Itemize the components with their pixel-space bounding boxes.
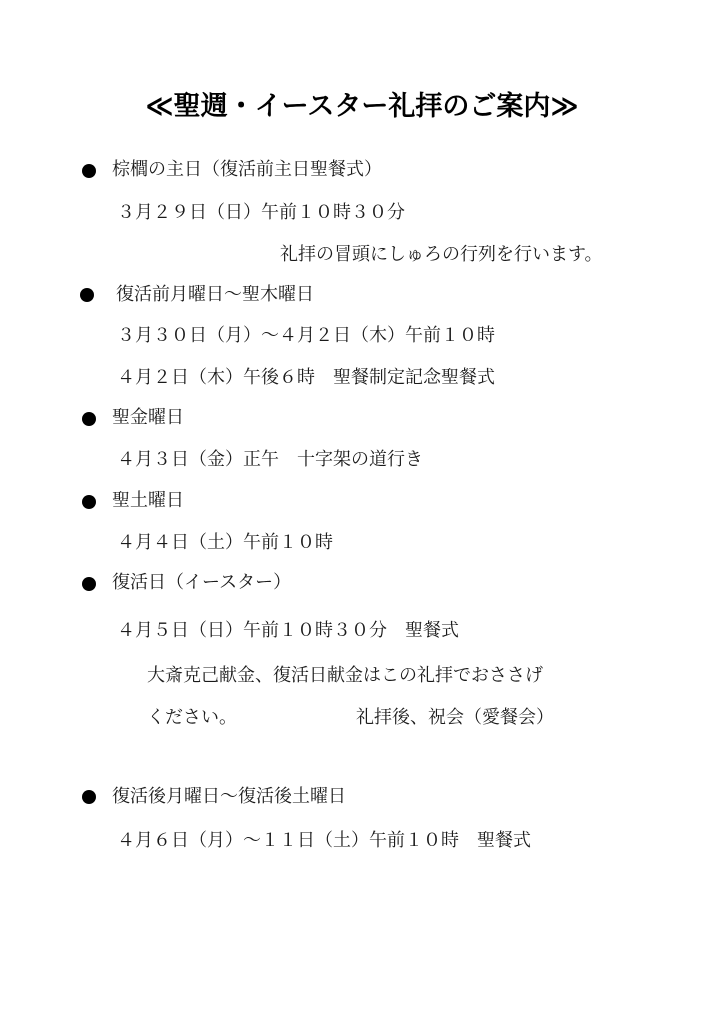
section-heading: 聖土曜日 [112, 489, 184, 513]
section-heading: 復活日（イースター） [112, 571, 291, 595]
bullet-icon [82, 164, 96, 178]
schedule-line: ４月３日（金）正午 十字架の道行き [117, 448, 423, 472]
schedule-line: ４月６日（月）～１１日（土）午前１０時 聖餐式 [117, 829, 531, 853]
schedule-line: ４月２日（木）午後６時 聖餐制定記念聖餐式 [117, 366, 495, 390]
note-line: ください。 [147, 706, 237, 730]
section-heading: 復活前月曜日～聖木曜日 [116, 283, 314, 307]
schedule-line: ３月３０日（月）～４月２日（木）午前１０時 [117, 324, 495, 348]
section-heading: 棕櫚の主日（復活前主日聖餐式） [112, 158, 382, 182]
bullet-icon [82, 790, 96, 804]
note-line: 礼拝の冒頭にしゅろの行列を行います。 [280, 243, 603, 267]
schedule-line: ４月５日（日）午前１０時３０分 聖餐式 [117, 619, 459, 643]
bullet-icon [82, 495, 96, 509]
bullet-icon [82, 412, 96, 426]
note-line: 大斎克己献金、復活日献金はこの礼拝でおささげ [147, 664, 543, 688]
page-title: ≪聖週・イースター礼拝のご案内≫ [0, 84, 724, 123]
section-heading: 復活後月曜日～復活後土曜日 [112, 785, 346, 809]
schedule-line: ４月４日（土）午前１０時 [117, 531, 333, 555]
note-line: 礼拝後、祝会（愛餐会） [356, 706, 554, 730]
bullet-icon [80, 288, 94, 302]
schedule-line: ３月２９日（日）午前１０時３０分 [117, 201, 405, 225]
section-heading: 聖金曜日 [112, 406, 184, 430]
bullet-icon [82, 577, 96, 591]
